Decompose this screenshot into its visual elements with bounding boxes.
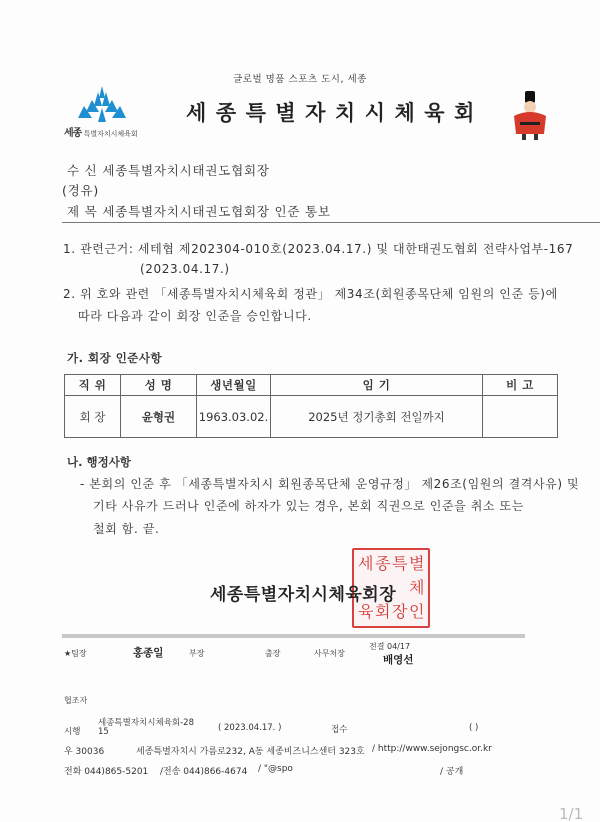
enforce-label: 시행 [64,725,80,737]
recipient-label: 수 신 [67,163,98,178]
recipient: 세종특별자치시태권도협회장 [102,163,269,178]
subject: 세종특별자치시태권도협회장 인준 통보 [102,204,330,219]
item-1: 1. 관련근거: 세테협 제202304-010호(2023.04.17.) 및… [63,240,573,257]
item-2: 2. 위 호와 관련 「세종특별자치시체육회 정관」 제34조(회원종목단체 임… [63,285,558,302]
recipient-line: 수 신 세종특별자치시태권도협회장 [67,161,270,179]
organization-logo: 세종 특별자치시체육회 [62,84,142,136]
admin-note-line-2: 기타 사유가 드러나 인준에 하자가 있는 경우, 본회 직권으로 인준을 취소… [93,497,524,514]
receipt-value: ( ) [469,723,478,733]
item-2-continued: 따라 다음과 같이 회장 인준을 승인합니다. [78,307,312,324]
enforce-number-line-2: 15 [98,727,109,737]
subject-label: 제 목 [67,204,98,219]
address: 세종특별자치시 가름로232, A동 세종비즈니스센터 323호 [136,744,365,757]
cell-name: 윤형권 [121,396,197,438]
final-approval-label: 전결 04/17 [369,641,410,652]
cell-birthdate: 1963.03.02. [197,396,271,438]
table-header-row: 직 위 성 명 생년월일 임 기 비 고 [65,375,558,396]
final-approver-name: 배영선 [383,652,413,667]
logo-text-large: 세종 [64,128,81,139]
postal-code: 우 30036 [64,744,104,757]
section-a-title: 가. 회장 인준사항 [67,350,162,366]
subject-divider [62,222,600,223]
website-link[interactable]: / http://www.sejongsc.or.kr [372,744,492,754]
email: / "@spo [258,764,293,774]
cell-remarks [483,396,558,438]
certification-table: 직 위 성 명 생년월일 임 기 비 고 회 장 윤형권 1963.03.02.… [64,374,558,438]
section-b-title: 나. 행정사항 [67,454,131,470]
admin-note-line-3: 철회 함. 끝. [93,520,159,537]
director-label: 출장 [265,648,280,659]
header-term: 임 기 [271,375,483,396]
fax-number: /전송 044)866-4674 [160,764,247,777]
header-position: 직 위 [65,375,121,396]
approval-divider [62,634,525,638]
admin-note-line-1: - 본회의 인준 후 「세종특별자치시 회원종목단체 운영규정」 제26조(임원… [80,475,579,492]
phone-number: 전화 044)865-5201 [64,764,148,777]
secretary-general-label: 사무처장 [314,648,345,659]
table-row: 회 장 윤형권 1963.03.02. 2025년 정기총회 전일까지 [65,396,558,438]
cell-term: 2025년 정기총회 전일까지 [271,396,483,438]
organization-title: 세종특별자치시체육회 [186,97,484,127]
header-name: 성 명 [121,375,197,396]
via-line: (경유) [62,181,99,199]
sejong-sports-council-logo-icon [72,84,132,124]
cell-position: 회 장 [65,396,121,438]
disclosure-status: / 공개 [440,764,463,777]
team-lead-name: 홍종일 [133,645,163,660]
page-indicator: 1/1 [559,805,583,822]
receipt-label: 접수 [331,723,347,735]
sender-signature: 세종특별자치시체육회장 [210,580,396,605]
dept-head-label: 부장 [189,648,204,659]
slogan: 글로벌 명품 스포츠 도시, 세종 [0,71,600,85]
item-1-continued: (2023.04.17.) [140,262,230,276]
mascot [508,90,552,142]
enforce-date: ( 2023.04.17. ) [218,723,281,733]
enforce-number-line-1: 세종특별자치시체육회-28 [98,716,194,728]
subject-line: 제 목 세종특별자치시태권도협회장 인준 통보 [67,202,331,220]
logo-text-small: 특별자치시체육회 [84,130,138,138]
mascot-character-icon [508,90,552,142]
team-lead-label: ★팀장 [64,648,87,659]
cooperator-label: 협조자 [64,695,87,706]
header-birthdate: 생년월일 [197,375,271,396]
header-remarks: 비 고 [483,375,558,396]
